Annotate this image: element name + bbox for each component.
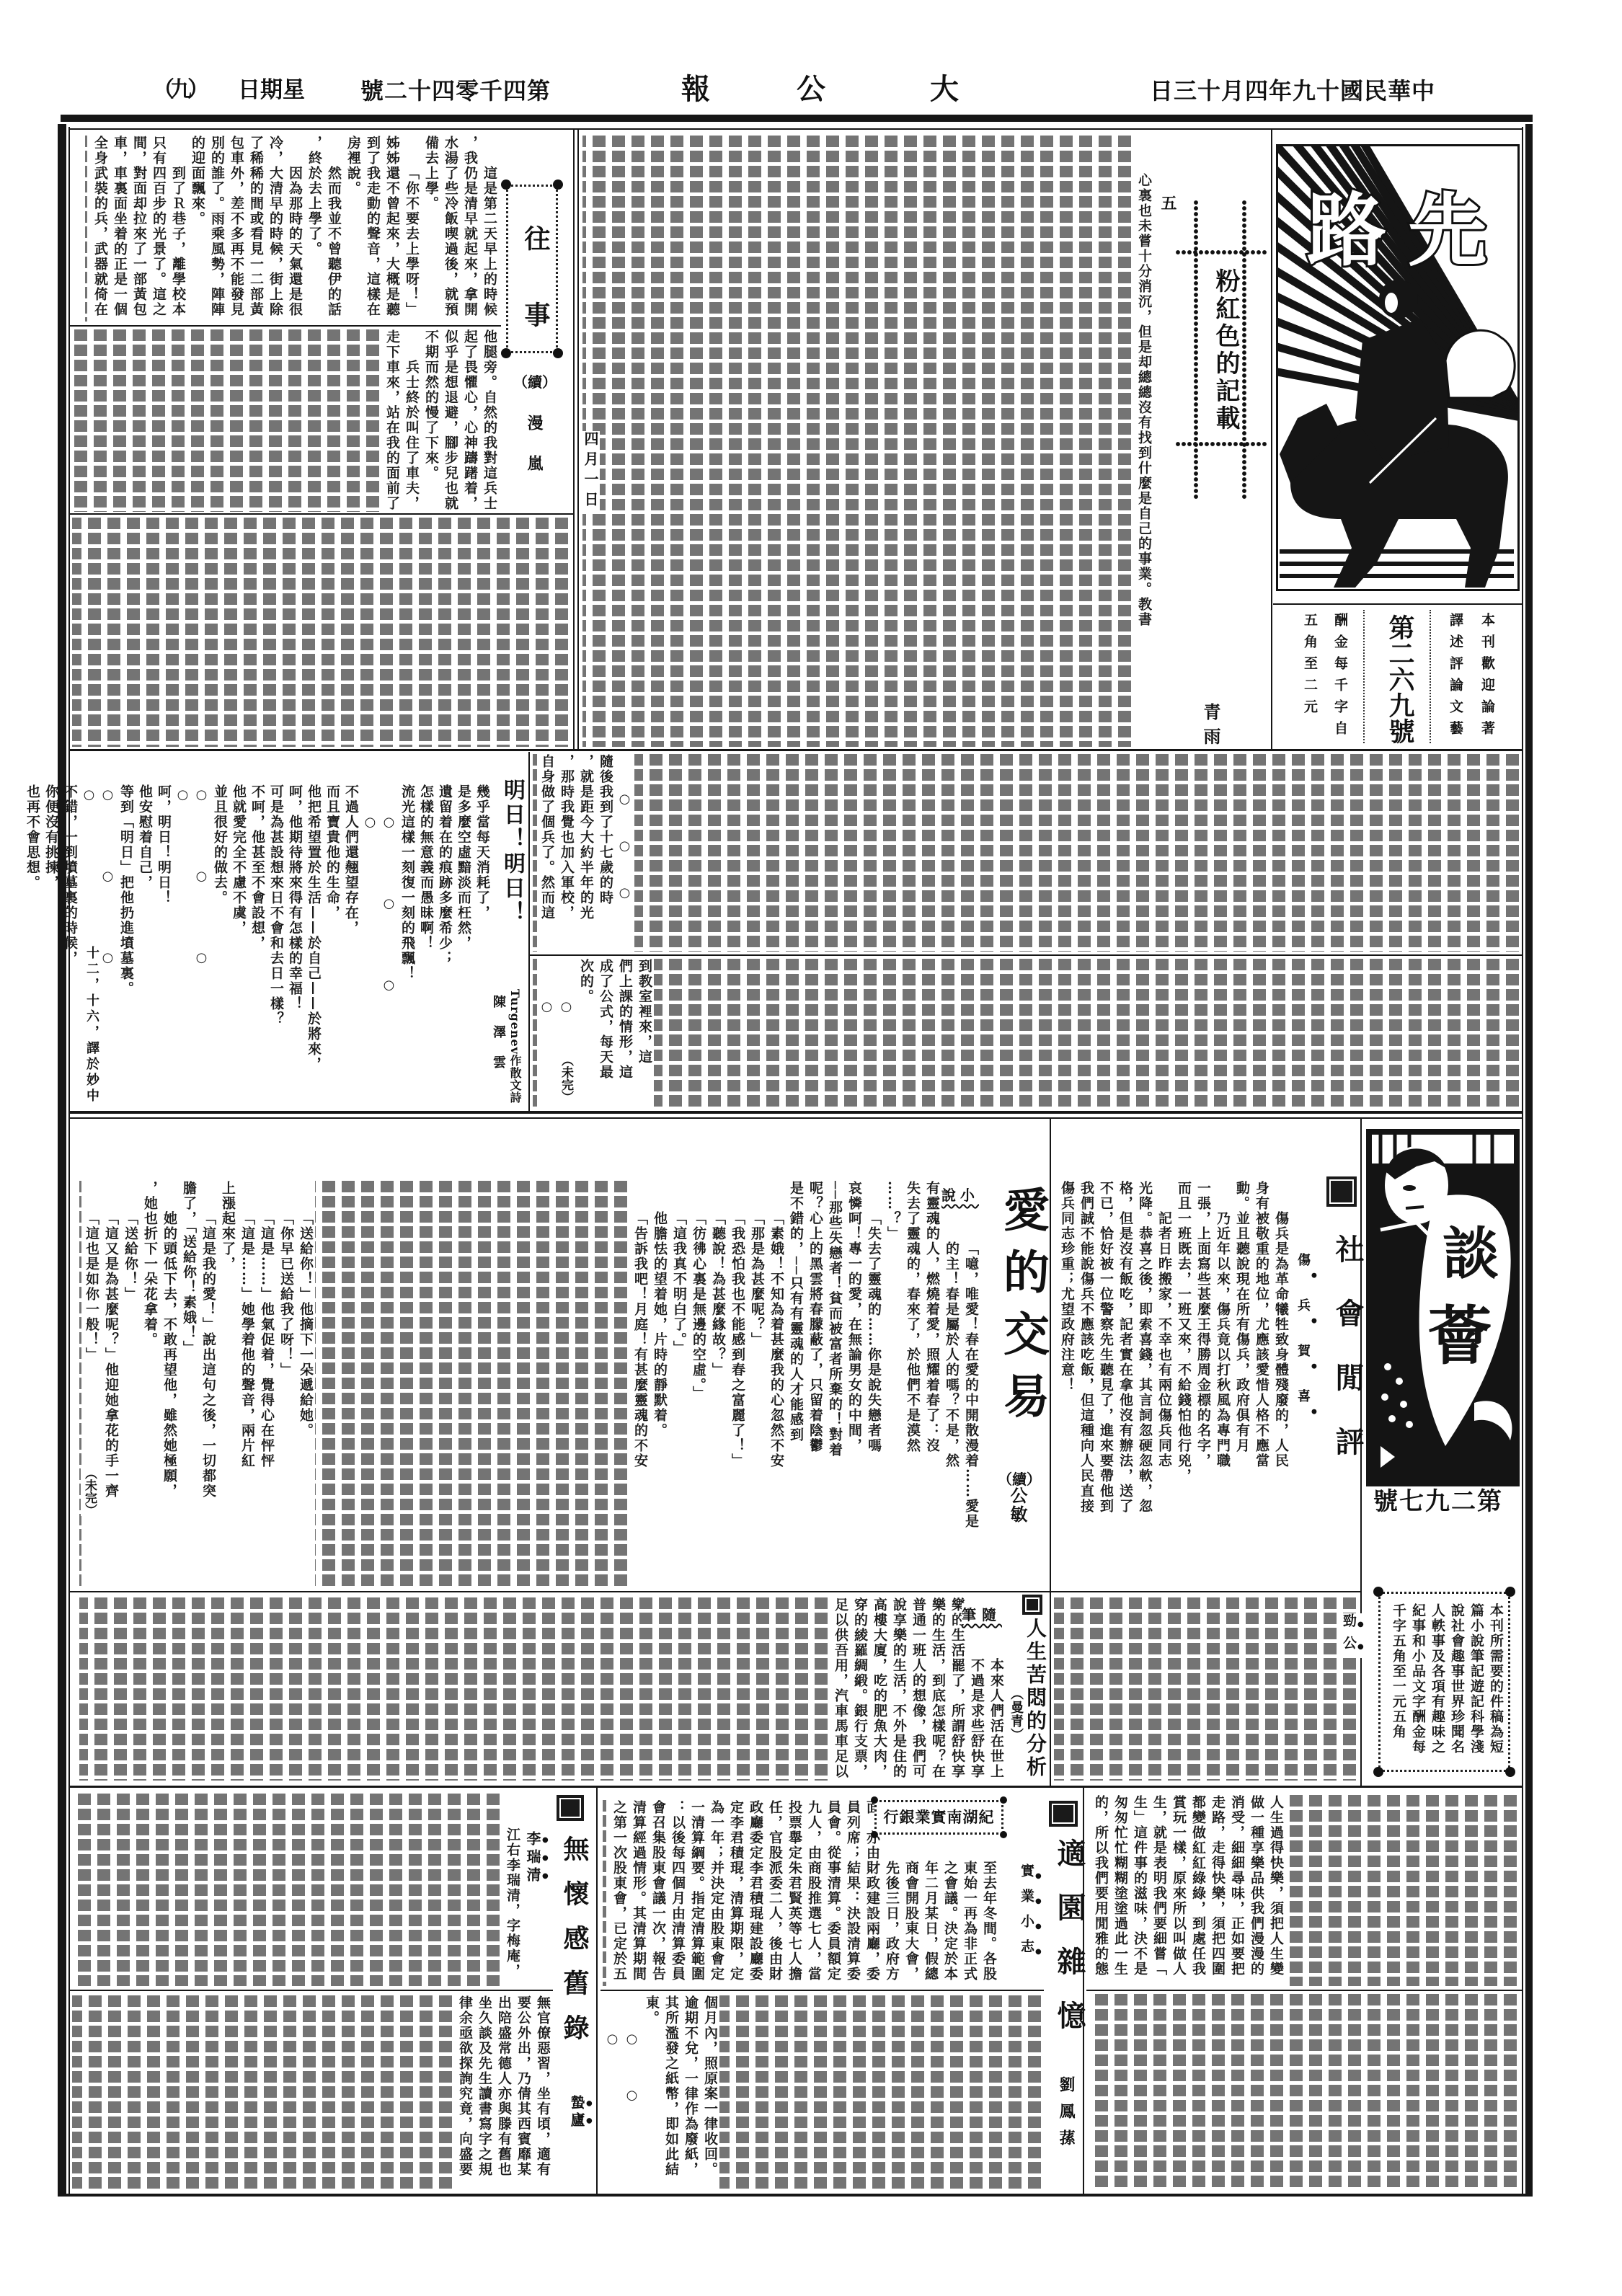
- pink-record-title: 粉紅色的記載: [1208, 268, 1244, 433]
- text-column: 「這我真不明白了。」: [669, 1181, 688, 1590]
- text-column: 心裏也未嘗十分消沉，但是却總總沒有找到什麼是自己的事業。教書: [1134, 136, 1153, 747]
- poem-line: 也再不會思想。: [23, 784, 42, 1106]
- shiyuan-author: 劉鳳蓀: [1055, 2076, 1078, 2156]
- corner-dot: [1505, 1587, 1515, 1597]
- left-border: [58, 124, 66, 2196]
- paragraph: 姊姊還不曾起來，大概是聽到了我走動的聲音，這樣在房裡說。: [343, 136, 402, 322]
- love-trade-title: 愛的交易: [989, 1186, 1055, 1434]
- text-column: ，那時我覺也加入軍校，: [557, 754, 576, 952]
- text-column: 穿的綾羅綢緞。銀行支票，: [850, 1597, 869, 1781]
- column-divider: [577, 128, 579, 750]
- poem-line: 並且很好的做去。: [210, 784, 229, 1106]
- text-column: 「告訴我吧！月庭！有甚麼靈魂的不安: [630, 1181, 650, 1590]
- section-break-rings: [603, 1995, 642, 2190]
- to-be-continued-mark: （未完）: [557, 1054, 575, 1103]
- text-column: 「我恐怕我也不能感到春之富麗了！」: [727, 1181, 747, 1590]
- paragraph: 到了Ｒ巷子，離學校本只有四百步的光景了。這之間，對面却拉來了一部黃包車，車裏面坐…: [90, 136, 187, 322]
- text-column: 「彷彿心裏是無邊的空虛。」: [688, 1181, 708, 1590]
- text-column: ，她也折下一朵花拿着。: [140, 1181, 159, 1590]
- social-commentary-column-title: 社會閒評: [1327, 1234, 1368, 1491]
- wavy-divider: [1363, 610, 1365, 743]
- shiyuan-text-2: 個月內，照原案一律收回。 逾期不兌，一律作為廢紙， 其所濫發之紙幣，即如此結 東…: [603, 1995, 719, 2190]
- text-column: 傷兵是為革命犧牲致身體殘廢的，人民: [1271, 1181, 1290, 1590]
- text-column: 投票舉定朱君賢英等七人擔: [784, 1800, 804, 1986]
- text-column: 要公外出，乃倩其西賓靡某: [513, 1995, 533, 2190]
- masthead-char-gong: 公: [797, 75, 825, 104]
- section-marker-icon: [1049, 1801, 1078, 1827]
- issue-number: 第四千零四十二號: [360, 79, 551, 102]
- text-column: 他膽怯的望着她，片時的靜默着。: [650, 1181, 669, 1590]
- pink-record-date: 四月一日: [581, 431, 600, 512]
- life-anguish-continuation-band-1: 人生過得快樂，須把人生變 做一種享樂品供我們漫漫的 消受，細細尋味，正如要把 走…: [1089, 1795, 1520, 1986]
- poem-line: 怎樣的無意義而愚昧啊！: [417, 784, 435, 1106]
- info-welcome-line-1: 本刊歡迎論著: [1478, 613, 1496, 743]
- text-column: ……？」: [883, 1181, 903, 1590]
- text-column: 東。: [642, 1995, 661, 2190]
- xianlu-title-char-lu: 路: [1307, 184, 1386, 277]
- section-marker-icon: [557, 1795, 584, 1821]
- poem-line: 等到「明日」把他扔進墳墓裏。: [117, 784, 136, 1106]
- text-column: 律余亟欲探詢究竟，向盛要: [455, 1995, 474, 2190]
- text-column: 光降。恭喜之後，即索喜錢，其言詞忽硬忽軟，忽: [1135, 1181, 1154, 1590]
- text-column: 乃近年以來，傷兵竟以打秋風為專門職: [1213, 1181, 1232, 1590]
- corner-dot: [553, 348, 563, 358]
- wavy-divider: [1430, 610, 1431, 743]
- text-column: 樂的生活，到底怎樣呢？在: [928, 1597, 947, 1781]
- xianlu-issue-number: 第二六九號: [1386, 614, 1414, 744]
- poem-line: 而且寶貴他的生命，: [323, 784, 342, 1106]
- poem-line: 幾乎當每天消耗了，: [473, 784, 492, 1106]
- band-rule: [70, 1990, 553, 1991]
- text-column: ：以後每四個月由清算委員: [668, 1800, 687, 1986]
- band-rule: [1086, 1990, 1522, 1991]
- poem-line: 他安慰着自己，: [136, 784, 154, 1106]
- text-column: 為一年；并決定由股東會定: [706, 1800, 726, 1986]
- poem-line: 他把希望置於生活——於自己——於將來，: [304, 784, 323, 1106]
- text-column: 動。並且聽說現在所有傷兵，政府俱有月: [1232, 1181, 1251, 1590]
- life-anguish-continuation-text: 人生過得快樂，須把人生變 做一種享樂品供我們漫漫的 消受，細細尋味，正如要把 走…: [1091, 1795, 1285, 1986]
- text-column: 一張，上面寫些甚麼王得勝周金標的名字，: [1193, 1181, 1213, 1590]
- text-column: 不過是求些舒快享: [967, 1597, 986, 1781]
- text-column: 的主！春是屬於人的嗎？不是，然: [941, 1181, 961, 1590]
- text-column: 員列席；結果：決設清算委: [843, 1800, 862, 1986]
- pink-record-chapter: 五: [1157, 195, 1179, 210]
- social-commentary-body: 傷兵是為革命犧牲致身體殘廢的，人民 身有被敬重的地位，尤應該愛惜人格不應當 動。…: [1054, 1181, 1290, 1590]
- past-events-band-2: 他腿旁。自然的我對這兵士起了畏懼心，心神躊躇着，似乎是想退避，腳步兒也就不期而然…: [72, 329, 499, 512]
- love-trade-genre-label: 小說: [941, 1184, 979, 1205]
- poem-line: 不呵，他甚至不會設想，: [248, 784, 267, 1106]
- wuhuai-band-1: 江右李瑞清，字梅庵，: [72, 1794, 522, 1986]
- text-column: 「聽說！為甚麼緣故？」: [708, 1181, 727, 1590]
- shiyuan-item-title: 紀湖南實業銀行: [877, 1802, 1001, 1832]
- text-column: 「那是為甚麼呢？」: [747, 1181, 766, 1590]
- text-column: 是不錯的，──只有有靈魂的人才能感到: [786, 1181, 805, 1590]
- text-column: 記者日昨搬家，不幸也有兩位傷兵同志: [1154, 1181, 1174, 1590]
- love-trade-author: 公敏: [1005, 1486, 1030, 1524]
- life-anguish-body: 本來人們活在世上 不過是求些舒快享 樂的生活罷了，所謂舒快享 樂的生活，到底怎樣…: [79, 1597, 1006, 1781]
- column-divider: [1271, 128, 1272, 750]
- info-rule: [1273, 603, 1522, 605]
- paragraph: 兵士終於叫住了車夫，走下車來，站在我的面前了: [382, 329, 421, 512]
- stanza-break-rings: [360, 784, 398, 1106]
- corner-dot: [553, 179, 563, 190]
- right-inner-border: [1522, 127, 1523, 2194]
- text-column: 生，就是表明我們要細嘗「: [1149, 1795, 1169, 1986]
- text-column: 「失去了靈魂的……你是說失戀者嗎: [864, 1181, 883, 1590]
- column-divider: [573, 128, 575, 750]
- text-column: 「這是……」他氣促着，覺得心在怦怦: [257, 1181, 276, 1590]
- text-column: 身有被敬重的地位，尤應該愛惜人格不應當: [1251, 1181, 1271, 1590]
- section-break-rings: [615, 754, 634, 952]
- text-column: 匆匆忙忙糊糊塗塗過此一生: [1110, 1795, 1130, 1986]
- past-events-continued: （續）: [513, 371, 557, 391]
- paragraph: 因為那時的天氣還是很冷，大清早的時候，街上除了稀稀的間或看見一二部黃包車外，差不…: [187, 136, 304, 322]
- text-column: 定李君積琨，清算期限，定: [726, 1800, 745, 1986]
- shiyuan-band-2: 個月內，照原案一律收回。 逾期不兌，一律作為廢紙， 其所濫發之紙幣，即如此結 東…: [603, 1995, 1044, 2190]
- text-column: 上漲起來了，: [218, 1181, 237, 1590]
- love-trade-body: 「噫，唯愛！春在愛的中開散漫着……愛是 的主！春是屬於人的嗎？不是，然 有靈魂的…: [79, 1181, 980, 1590]
- text-column: 一清算綱要。指定清算範圍: [687, 1800, 706, 1986]
- wuhuai-text-1: 江右李瑞清，字梅庵，: [502, 1794, 522, 1986]
- row-rule: [70, 749, 1522, 751]
- text-column: 坐久談及先生讀書寫字之規: [474, 1995, 494, 2190]
- band-rule: [70, 1591, 1360, 1592]
- text-column: 「噫，唯愛！春在愛的中開散漫着……愛是: [961, 1181, 980, 1590]
- masthead-char-da: 大: [930, 75, 959, 104]
- wuhuai-text-2: 無官僚惡習，坐有頃，適有 要公外出，乃倩其西賓靡某 出陪盛常德人亦與滕有舊也 坐…: [455, 1995, 552, 2190]
- past-events-title: 往事: [518, 225, 554, 378]
- poem-translation-note: 十二，十六，譯於妙中: [82, 946, 101, 1104]
- section-rule: [70, 1117, 1522, 1119]
- text-column: 出陪盛常德人亦與滕有舊也: [494, 1995, 513, 2190]
- past-events-continuation-text-1: 隨後我到了十七歲的時 ，就是距今大約半年的光 ，那時我覺也加入軍校， 自身做了個…: [537, 754, 634, 952]
- poem-source: Turgenev作散文詩: [507, 989, 523, 1104]
- text-column: 其所濫發之紙幣，即如此結: [661, 1995, 681, 2190]
- newspaper-page: （九） 星期日 第四千零四十二號 報 公 大 中華民國十九年四月十三日 這是第二…: [0, 0, 1622, 2296]
- text-column: 走路，走得快樂，須把四圍: [1207, 1795, 1227, 1986]
- text-column: ，就是距今大約半年的光: [576, 754, 595, 952]
- text-column: 不已，恰好被一位警察先生聽見了，進來要帶他到: [1096, 1181, 1115, 1590]
- poem-title: 明日！明日！: [496, 779, 528, 926]
- column-divider: [596, 1788, 598, 2194]
- text-column: 隨後我到了十七歲的時: [595, 754, 615, 952]
- text-column: 會召集股東會議一次，報告: [648, 1800, 668, 1986]
- shiyuan-item-title-frame: 紀湖南實業銀行: [874, 1800, 1003, 1835]
- corner-dot: [501, 348, 511, 358]
- xianlu-title-char-xian: 先: [1408, 184, 1487, 277]
- stanza-break-rings: [173, 784, 210, 1106]
- text-column: 她的頭低下去，不敢再望他，雖然她極願，: [159, 1181, 179, 1590]
- text-column: 我們誠不能說傷兵不應該吃飯，但這種向人民直接: [1076, 1181, 1096, 1590]
- corner-dot: [1373, 1587, 1383, 1597]
- bottom-rule: [58, 2194, 1533, 2197]
- info-fee-line-1: 酬金每千字自: [1331, 613, 1349, 743]
- paragraph: 然而我並不曾聽伊的話，終於去上學了。: [304, 136, 343, 322]
- text-column: 「你早已送給我了呀！」: [276, 1181, 296, 1590]
- text-column: 本來人們活在世上: [986, 1597, 1006, 1781]
- header-rule: [61, 115, 1533, 122]
- text-column: 樂的生活罷了，所謂舒快享: [947, 1597, 967, 1781]
- poem-line: 不錯，一到墳墓裏的時候，: [61, 784, 79, 1106]
- title-ornament: [1175, 441, 1267, 447]
- text-column: 江右李瑞清，字梅庵，: [502, 1794, 522, 1986]
- past-events-band-1: 這是第二天早上的時候，我仍是清早就起來，拿開水湯了些冷飯喫過後，就預備去上學。 …: [85, 136, 499, 322]
- text-column: 之第一次股東會，已定於五: [609, 1800, 629, 1986]
- text-column: 「這也是如你一般！」: [81, 1181, 101, 1590]
- text-column: 有靈魂的人，燃燒着愛，照耀着春了：沒: [922, 1181, 941, 1590]
- poem-line: 流光這樣一刻復一刻的飛飄！: [398, 784, 417, 1106]
- section-rule: [70, 1111, 1522, 1114]
- poem-line: 可是為甚設想來日不會和去日一樣？: [267, 784, 285, 1106]
- shiyuan-section-label: 實業小志: [1017, 1863, 1042, 1964]
- past-events-continuation-band-1: 隨後我到了十七歲的時 ，就是距今大約半年的光 ，那時我覺也加入軍校， 自身做了個…: [531, 754, 1522, 952]
- text-column: 自身做了個兵了。然而這: [537, 754, 557, 952]
- social-commentary-item-title: 傷兵賀喜: [1293, 1253, 1318, 1435]
- right-border: [1525, 124, 1533, 2196]
- band-rule: [70, 513, 573, 515]
- text-column: 呢？心上的黑雲將春朦蔽了，只留着陰鬱: [805, 1181, 825, 1590]
- text-column: 逾期不兌，一律作為廢紙，: [681, 1995, 700, 2190]
- page-number: （九）: [153, 79, 205, 101]
- past-events-continuation-band-2: 到教室裡來，這 們上課的情形，這 成了公式，每天最 次的。: [531, 959, 1522, 1107]
- corner-dot: [501, 179, 511, 190]
- text-column: 成了公式，每天最: [595, 959, 615, 1107]
- paragraph: 這是第二天早上的時候，我仍是清早就起來，拿開水湯了些冷飯喫過後，就預備去上學。: [421, 136, 499, 322]
- text-column: 足以供吾用，汽車馬車足以: [830, 1597, 850, 1781]
- past-events-band-3: [72, 518, 571, 747]
- text-column: 消受，細細尋味，正如要把: [1227, 1795, 1246, 1986]
- poem-line: 遺留着在的痕跡多麼希少；: [435, 784, 454, 1106]
- title-ornament: [1193, 200, 1199, 500]
- text-column: 賞玩一樣，原來所以叫做人: [1169, 1795, 1188, 1986]
- section-marker-icon: [1022, 1595, 1042, 1615]
- past-events-author: 漫嵐: [523, 415, 546, 495]
- text-column: 無官僚惡習，坐有頃，適有: [533, 1995, 552, 2190]
- band-rule: [70, 325, 501, 327]
- corner-dot: [1000, 1796, 1007, 1804]
- column-divider: [1083, 1788, 1084, 2194]
- text-column: 「送給你！」他摘下一朵遞給她。: [296, 1181, 315, 1590]
- text-column: 「素娥！不知為着甚麼我的心忽然不安: [766, 1181, 786, 1590]
- poem-line: 他就愛完全不慮不虞，: [229, 784, 248, 1106]
- text-column: 普通一班人的想像，我們可: [908, 1597, 928, 1781]
- wuhuai-author: 蟄廬: [567, 2095, 593, 2129]
- paragraph: 他腿旁。自然的我對這兵士起了畏懼心，心神躊躇着，似乎是想退避，腳步兒也就不期而然…: [421, 329, 499, 512]
- text-column: 高樓大廈，吃的肥魚大肉，: [869, 1597, 889, 1781]
- life-anguish-title: 人生苦悶的分析: [1021, 1618, 1050, 1779]
- tanhui-title-char-hui: 薈: [1428, 1298, 1492, 1373]
- love-trade-text-opening: 「噫，唯愛！春在愛的中開散漫着……愛是 的主！春是屬於人的嗎？不是，然 有靈魂的…: [630, 1181, 980, 1590]
- poem-line: 不過人們還翹望存在，: [342, 784, 360, 1106]
- corner-dot: [871, 1831, 878, 1838]
- past-events-band-1-text: 這是第二天早上的時候，我仍是清早就起來，拿開水湯了些冷飯喫過後，就預備去上學。 …: [90, 136, 499, 322]
- text-column: 傷兵同志珍重；尤望政府注意！: [1057, 1181, 1076, 1590]
- text-column: 「這又是為甚麼呢？」他迎她拿花的手一齊: [101, 1181, 120, 1590]
- text-column: 次的。: [576, 959, 595, 1107]
- text-column: 九人，由商股推選七人，當: [804, 1800, 823, 1986]
- text-column: 的，所以我們要用閒雅的態: [1091, 1795, 1110, 1986]
- life-anguish-genre-label: 隨筆: [962, 1603, 1002, 1624]
- corner-dot: [1505, 1767, 1515, 1777]
- info-welcome-line-2: 譯述評論文藝: [1446, 613, 1464, 743]
- pink-record-author: 青雨: [1198, 703, 1223, 752]
- past-events-continuation-text-2: 到教室裡來，這 們上課的情形，這 成了公式，每天最 次的。: [537, 959, 654, 1107]
- to-be-continued-mark: （未完）: [81, 1467, 99, 1516]
- publication-date: 中華民國十九年四月十三日: [1150, 79, 1435, 102]
- love-trade-text-ending: 「送給你！」他摘下一朵遞給她。 「你早已送給我了呀！」 「這是……」他氣促着，覺…: [81, 1181, 315, 1590]
- wuhuai-title: 無懷感舊錄: [557, 1835, 593, 2059]
- jinggong-byline: 勁公: [1339, 1613, 1365, 1658]
- text-column: 哀憐呵！專一的愛，在無論男女的中間，: [844, 1181, 864, 1590]
- tanhui-submission-notice: 本刊所需要的件稿為短篇小說筆記遊記科學淺說社會趣事世界珍聞名人軼事及各項有趣味之…: [1386, 1603, 1505, 1766]
- text-column: 人生過得快樂，須把人生變: [1266, 1795, 1285, 1986]
- poem-body: 幾乎當每天消耗了， 是多麼空虛黯淡而枉然， 遺留着在的痕跡多麼希少； 怎樣的無意…: [79, 784, 492, 1106]
- corner-dot: [1000, 1831, 1007, 1838]
- text-column: 個月內，照原案一律收回。: [700, 1995, 719, 2190]
- info-fee-line-2: 五角至二元: [1300, 613, 1319, 721]
- text-column: 都變做紅紅綠綠，到處任我: [1188, 1795, 1207, 1986]
- corner-dot: [1373, 1767, 1383, 1777]
- text-column: 任，官股派委二人，後由財: [765, 1800, 784, 1986]
- tanhui-title-char-tan: 談: [1442, 1221, 1499, 1287]
- text-column: 員會。從事清算。委員額定: [823, 1800, 843, 1986]
- text-column: 清算經過情形。其清算期間: [629, 1800, 648, 1986]
- text-column: 到教室裡來，這: [634, 959, 654, 1107]
- love-trade-continued: （續）: [998, 1468, 1041, 1489]
- section-marker-icon: [1326, 1176, 1357, 1207]
- paragraph: 「你不要去上學呀！」: [402, 136, 421, 322]
- poem-line: 呵，明日！明日！: [154, 784, 173, 1106]
- weekday: 星期日: [238, 79, 305, 102]
- poem-line: 是多麼空虛黯淡而枉然，: [454, 784, 473, 1106]
- text-column: 失去了靈魂的，春來了，於他們不是漠然: [903, 1181, 922, 1590]
- text-column: 們上課的情形，這: [615, 959, 634, 1107]
- text-column: ──那些失戀者！貧而被富者所棄的！對着: [825, 1181, 844, 1590]
- text-column: 而且一班既去，一班又來，不給錢怕他行兇，: [1174, 1181, 1193, 1590]
- life-anguish-author: （曼青）: [1006, 1687, 1025, 1742]
- tanhui-issue-number: 第二九七號: [1373, 1489, 1503, 1514]
- title-ornament: [1175, 249, 1267, 255]
- text-column: 「這是我的愛！」說出這句之後，一切都突: [198, 1181, 218, 1590]
- band-rule: [70, 1786, 1522, 1788]
- pink-record-body: 心裏也未嘗十分消沉，但是却總總沒有找到什麼是自己的事業。教書: [582, 136, 1153, 747]
- text-column: 膽了，「送給你！素娥！」: [179, 1181, 198, 1590]
- past-events-band-2-text: 他腿旁。自然的我對這兵士起了畏懼心，心神躊躇着，似乎是想退避，腳步兒也就不期而然…: [382, 329, 499, 512]
- life-anguish-continuation-band-2: [1089, 1994, 1520, 2190]
- band-rule: [530, 954, 1522, 956]
- text-column: 「這是……」她學着他的聲音，兩片紅: [237, 1181, 257, 1590]
- column-divider: [528, 752, 530, 1112]
- wuhuai-subject: 李瑞清: [524, 1831, 549, 1885]
- left-inner-border: [68, 127, 70, 2194]
- pink-record-text: 心裏也未嘗十分消沉，但是却總總沒有找到什麼是自己的事業。教書: [1134, 136, 1153, 747]
- masthead-char-bao: 報: [681, 75, 710, 104]
- poem-line: 呵，他期待將來得有怎樣的幸福！: [285, 784, 304, 1106]
- text-column: 生」這件事的滋味，決不是: [1130, 1795, 1149, 1986]
- wuhuai-band-2: 無官僚惡習，坐有頃，適有 要公外出，乃倩其西賓靡某 出陪盛常德人亦與滕有舊也 坐…: [72, 1995, 552, 2190]
- text-column: 格，但是沒有飯吃，記者實在拿他沒有辦法，送了: [1115, 1181, 1135, 1590]
- text-column: 「送給你！」: [120, 1181, 140, 1590]
- social-commentary-text: 傷兵是為革命犧牲致身體殘廢的，人民 身有被敬重的地位，尤應該愛惜人格不應當 動。…: [1057, 1181, 1290, 1590]
- xianlu-masthead-illustration: 先 路: [1276, 144, 1520, 591]
- jinggong-essay-body: [1054, 1597, 1359, 1781]
- top-inner-rule: [68, 128, 1523, 130]
- corner-dot: [871, 1796, 878, 1804]
- life-anguish-text: 本來人們活在世上 不過是求些舒快享 樂的生活罷了，所謂舒快享 樂的生活，到底怎樣…: [830, 1597, 1006, 1781]
- text-column: 說享樂的生活，不外是住的: [889, 1597, 908, 1781]
- band-rule: [601, 1990, 1044, 1991]
- poem-line: 你便沒有挑揀，: [42, 784, 61, 1106]
- text-column: 政廳委定李君積琨建設廳委: [745, 1800, 765, 1986]
- tanhui-masthead-illustration: 談 薈: [1366, 1129, 1520, 1486]
- text-column: 做一種享樂品供我們漫漫的: [1246, 1795, 1266, 1986]
